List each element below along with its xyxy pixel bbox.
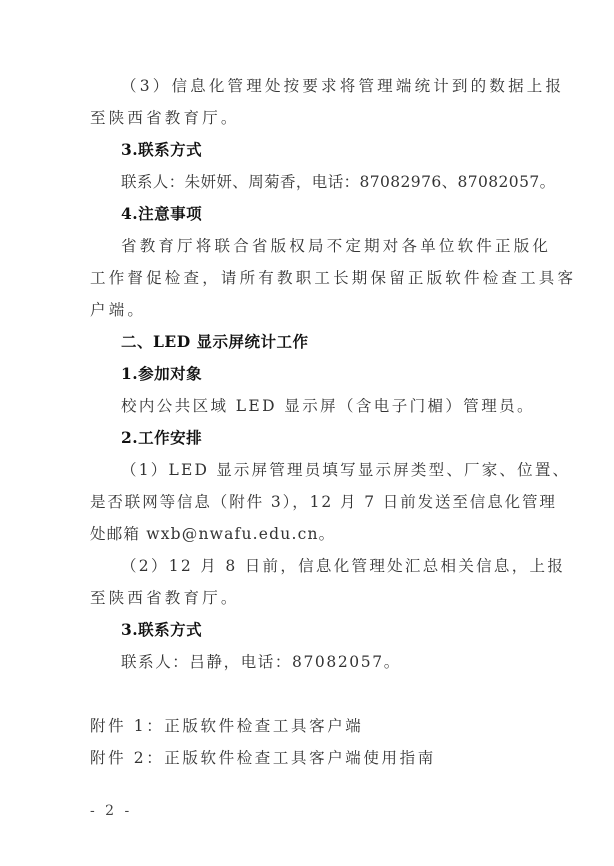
paragraph-item1-line2: 是否联网等信息（附件 3），12 月 7 日前发送至信息化管理 [90,486,522,518]
page-number: - 2 - [90,803,132,819]
paragraph-notes-line3: 户端。 [90,294,522,326]
paragraph-item2-line2: 至陕西省教育厅。 [90,582,522,614]
heading-contact-1: 3.联系方式 [90,134,522,166]
paragraph-participants: 校内公共区域 LED 显示屏（含电子门楣）管理员。 [90,390,522,422]
paragraph-notes-line2: 工作督促检查，请所有教职工长期保留正版软件检查工具客 [90,262,522,294]
heading-notes: 4.注意事项 [90,198,522,230]
paragraph-contact-2: 联系人：吕静，电话：87082057。 [90,646,522,678]
paragraph-notes-line1: 省教育厅将联合省版权局不定期对各单位软件正版化 [90,230,522,262]
attachment-2: 附件 2：正版软件检查工具客户端使用指南 [90,742,522,774]
spacer [90,678,522,710]
paragraph-item1-line1: （1）LED 显示屏管理员填写显示屏类型、厂家、位置、 [90,454,522,486]
section-title-led: 二、LED 显示屏统计工作 [90,326,522,358]
paragraph-item2-line1: （2）12 月 8 日前，信息化管理处汇总相关信息，上报 [90,550,522,582]
heading-participants: 1.参加对象 [90,358,522,390]
heading-arrangement: 2.工作安排 [90,422,522,454]
attachment-1: 附件 1：正版软件检查工具客户端 [90,710,522,742]
paragraph-contact-1: 联系人：朱妍妍、周菊香，电话：87082976、87082057。 [90,166,522,198]
paragraph-item3-line1: （3）信息化管理处按要求将管理端统计到的数据上报 [90,70,522,102]
document-page: （3）信息化管理处按要求将管理端统计到的数据上报 至陕西省教育厅。 3.联系方式… [90,70,522,774]
paragraph-item3-line2: 至陕西省教育厅。 [90,102,522,134]
heading-contact-2: 3.联系方式 [90,614,522,646]
paragraph-item1-line3: 处邮箱 wxb@nwafu.edu.cn。 [90,518,522,550]
